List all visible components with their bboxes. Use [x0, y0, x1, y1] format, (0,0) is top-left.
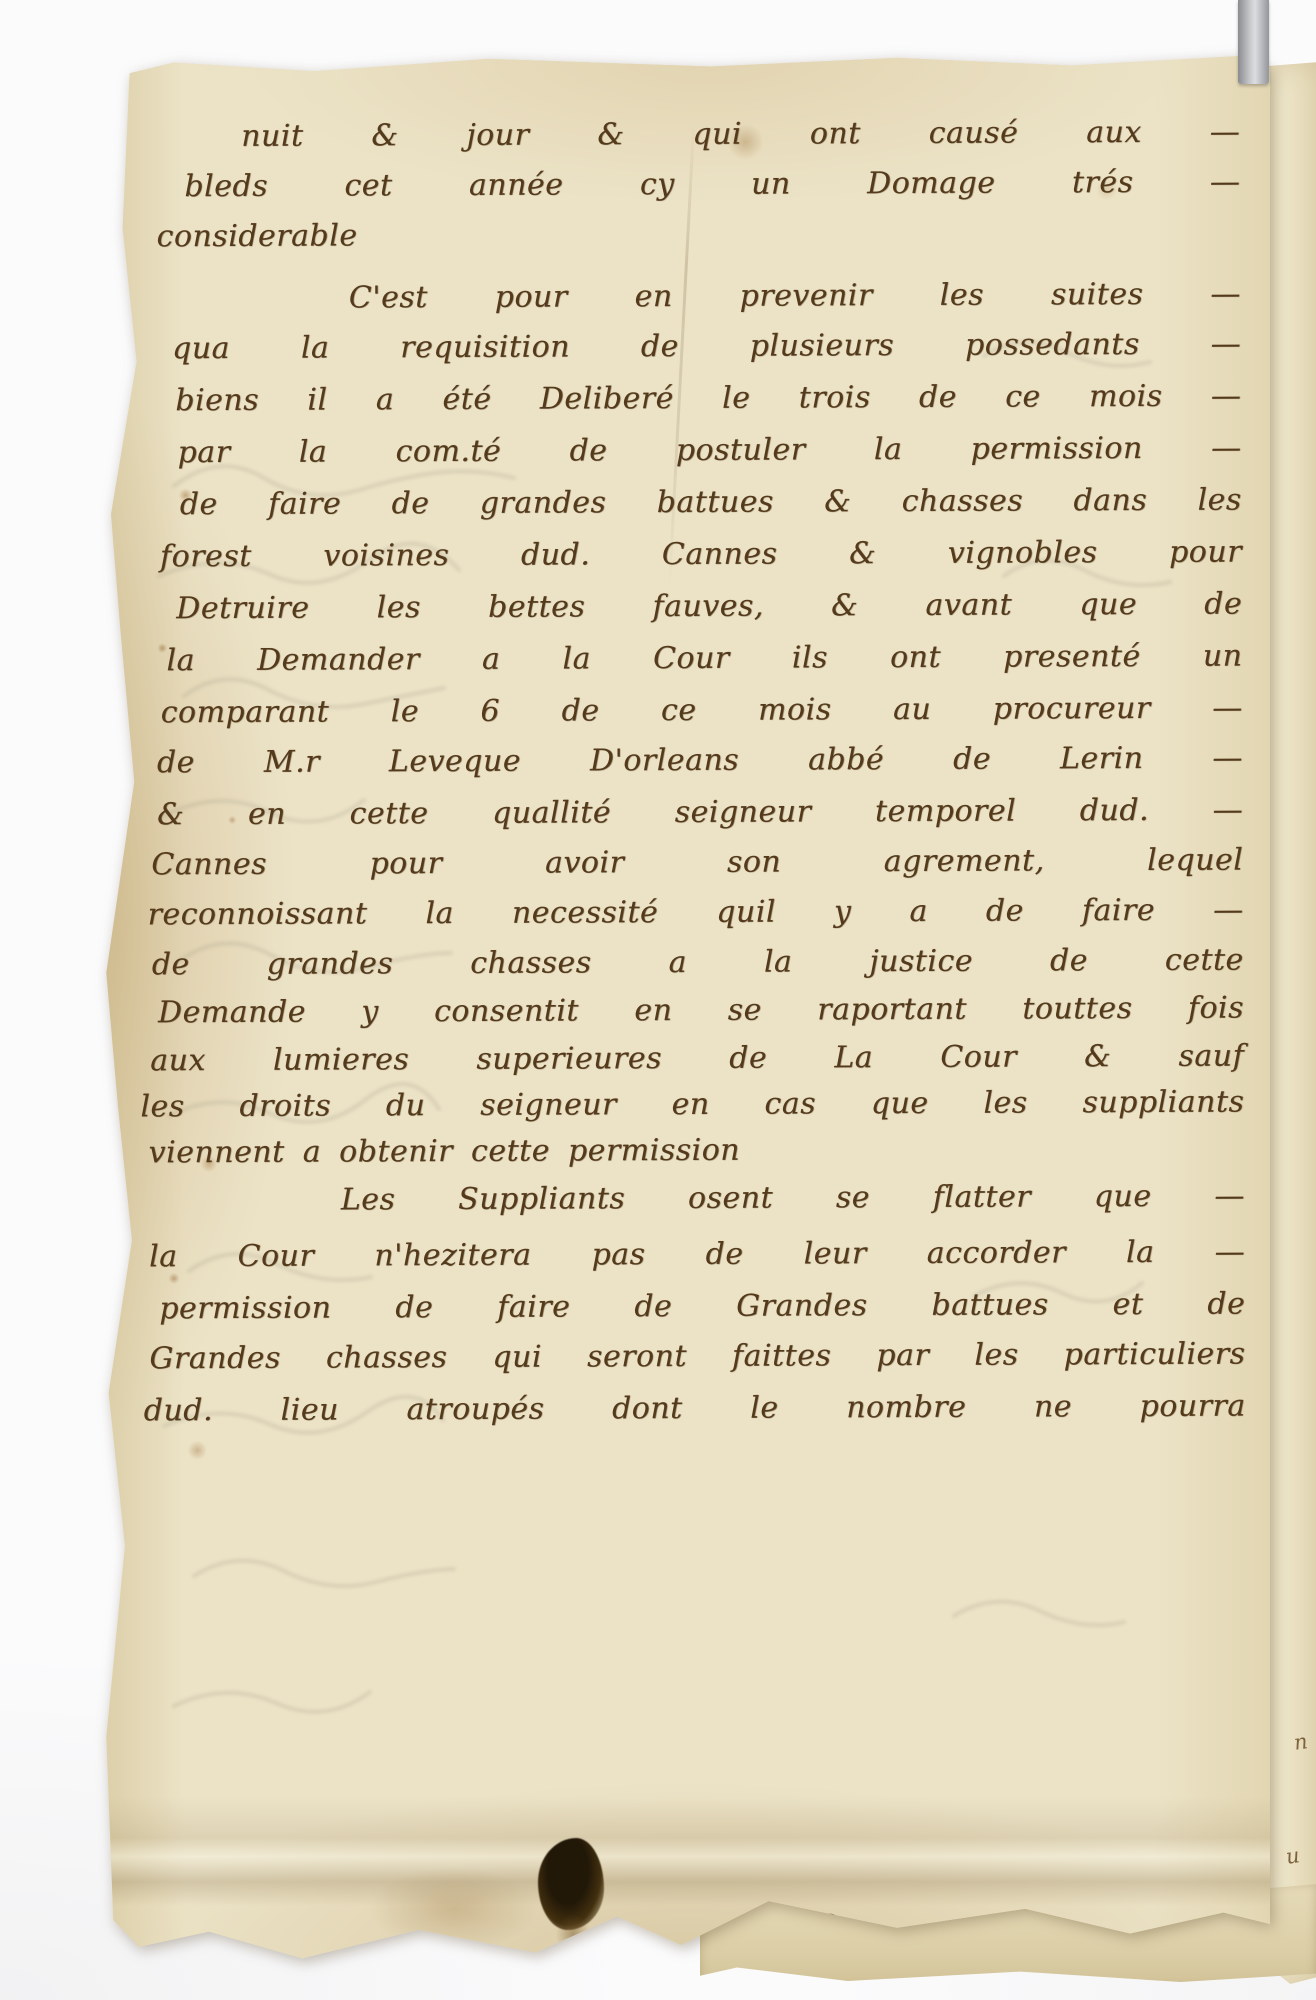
next-page-ink-mark: u	[1284, 1843, 1301, 1869]
scanner-clamp	[1238, 0, 1269, 84]
manuscript-line: aux lumieres superieures de La Cour & sa…	[150, 1040, 1244, 1078]
manuscript-line: C'est pour en prevenir les suites —	[349, 278, 1241, 315]
manuscript-line: Cannes pour avoir son agrement, lequel	[151, 844, 1243, 882]
manuscript-line: de faire de grandes battues & chasses da…	[180, 484, 1242, 522]
manuscript-page: nuit & jour & qui ont causé aux — bleds …	[104, 56, 1270, 1966]
manuscript-line: comparant le 6 de ce mois au procureur —	[161, 692, 1243, 730]
manuscript-line: la Demander a la Cour ils ont presenté u…	[166, 640, 1242, 678]
manuscript-line: qua la requisition de plusieurs possedan…	[172, 328, 1241, 366]
manuscript-line: biens il a été Deliberé le trois de ce m…	[175, 380, 1241, 418]
manuscript-line: reconnoissant la necessité quil y a de f…	[148, 894, 1244, 932]
next-page-ink-mark: n	[1292, 1729, 1309, 1755]
manuscript-line: la Cour n'hezitera pas de leur accorder …	[149, 1236, 1245, 1274]
manuscript-line: par la com.té de postuler la permission …	[177, 432, 1241, 470]
manuscript-line: Grandes chasses qui seront faittes par l…	[149, 1338, 1245, 1376]
manuscript-line: de grandes chasses a la justice de cette	[152, 944, 1244, 982]
manuscript-line: de M.r Leveque D'orleans abbé de Lerin —	[157, 742, 1243, 780]
manuscript-line: les droits du seigneur en cas que les su…	[140, 1086, 1244, 1124]
manuscript-line: permission de faire de Grandes battues e…	[159, 1288, 1245, 1326]
manuscript-line: & en cette quallité seigneur temporel du…	[157, 794, 1243, 832]
manuscript-line: forest voisines dud. Cannes & vignobles …	[160, 536, 1242, 574]
manuscript-page-wrap: nuit & jour & qui ont causé aux — bleds …	[104, 56, 1270, 1966]
manuscript-line: considerable	[157, 219, 358, 253]
manuscript-line: viennent a obtenir cette permission	[149, 1134, 741, 1170]
manuscript-line: bleds cet année cy un Domage trés —	[184, 166, 1240, 204]
manuscript-line: nuit & jour & qui ont causé aux —	[241, 116, 1240, 153]
manuscript-line: Demande y consentit en se raportant tout…	[158, 992, 1244, 1030]
scanned-page-background: n u m l y	[0, 0, 1316, 2000]
manuscript-line: dud. lieu atroupés dont le nombre ne pou…	[144, 1390, 1246, 1428]
manuscript-line: Detruire les bettes fauves, & avant que …	[176, 588, 1242, 626]
manuscript-text: nuit & jour & qui ont causé aux — bleds …	[100, 53, 1274, 1968]
manuscript-line: Les Suppliants osent se flatter que —	[341, 1180, 1245, 1217]
